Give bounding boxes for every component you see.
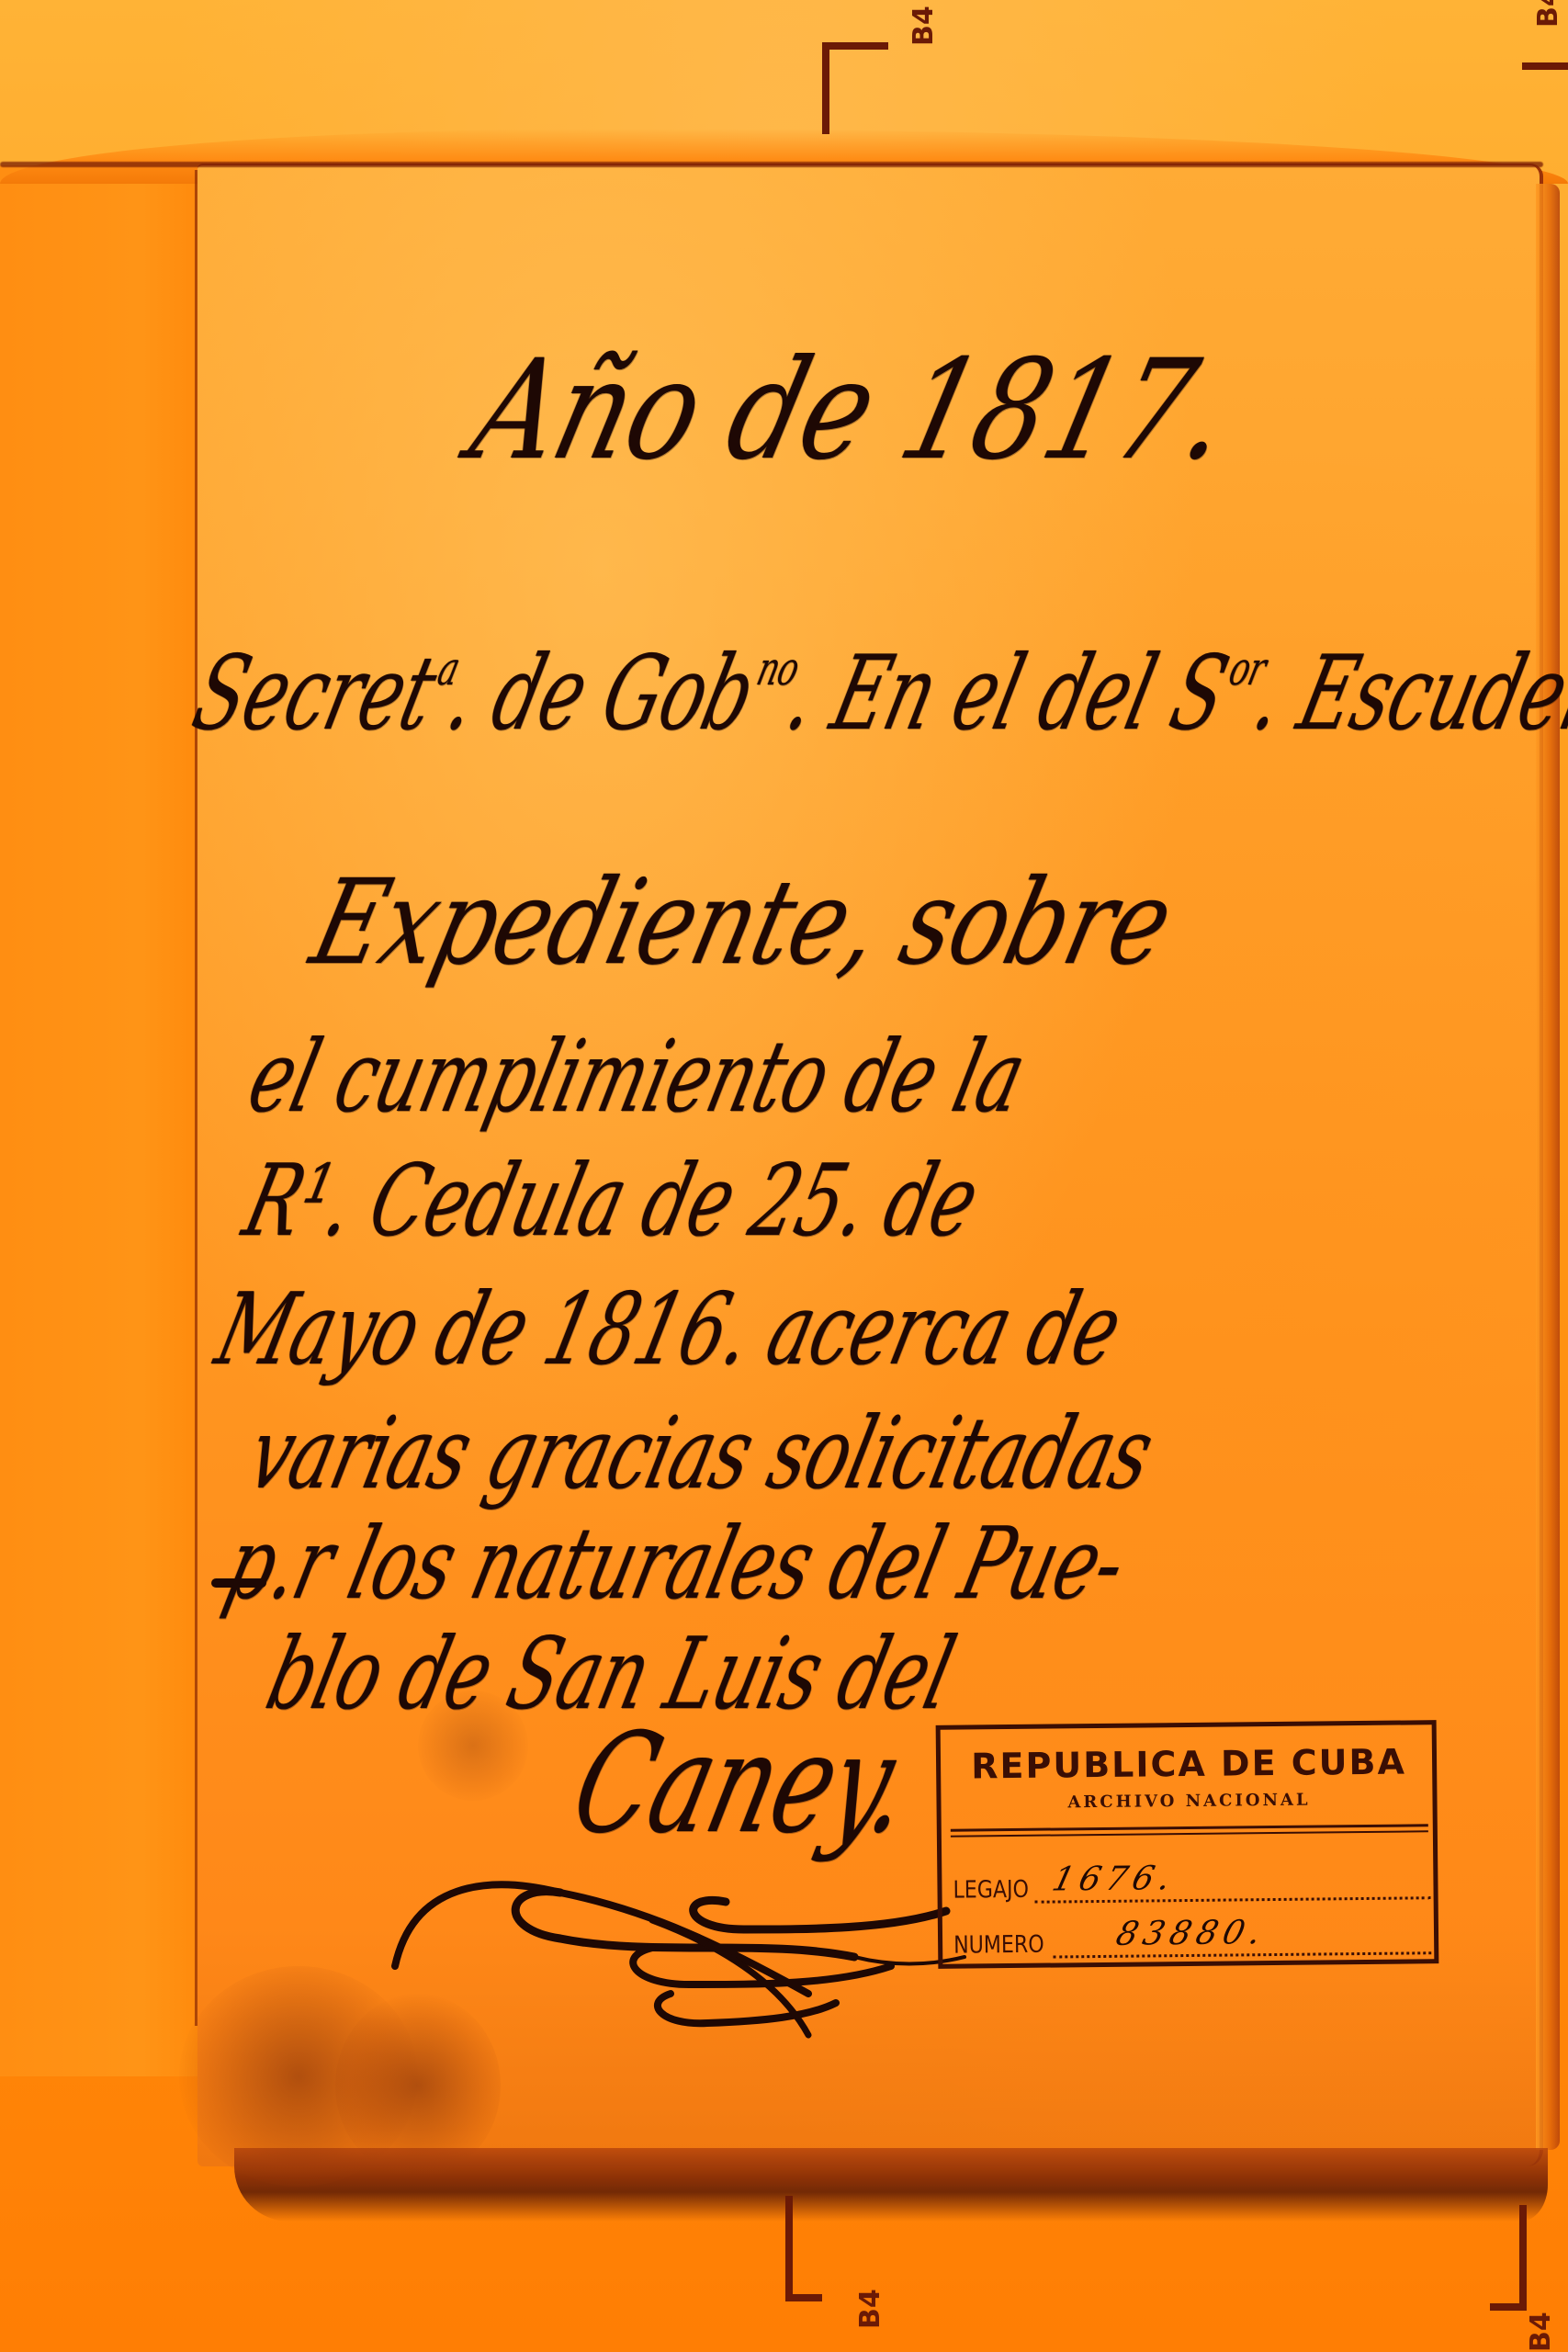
stamp-numero-row: NUMERO 83880. — [953, 1908, 1431, 1959]
crop-label-bottom-right: B4 — [1525, 2312, 1557, 2352]
crop-label-top-right: B4 — [1532, 0, 1564, 28]
stamp-divider — [951, 1824, 1428, 1837]
fold-line — [195, 170, 197, 2026]
secret-text: Secret — [183, 634, 447, 753]
secretaria-line: Secreta. de Gobno. En el del Sor. Escude… — [183, 634, 1568, 753]
body-line: Mayo de 1816. acerca de — [206, 1272, 1131, 1387]
escudero-text: . Escudero — [1244, 634, 1568, 753]
crop-mark-bottom-right — [1490, 2205, 1527, 2311]
numero-value: 83880. — [1112, 1914, 1270, 1953]
margin-dash — [211, 1578, 266, 1588]
en-el-del-text: . En el del S — [776, 634, 1237, 753]
document-year-title: Año de 1817. — [457, 331, 1245, 491]
body-line: el cumplimiento de la — [238, 1020, 1035, 1135]
body-line: varias gracias solicitadas — [238, 1396, 1163, 1511]
crop-mark-top-right — [1522, 62, 1568, 70]
backing-board — [0, 165, 202, 2076]
numero-label: NUMERO — [953, 1931, 1044, 1960]
body-line: R¹. Cedula de 25. de — [233, 1144, 988, 1259]
document-scan: B4 B4 Año de 1817. Secreta. de Gobno. En… — [0, 0, 1568, 2352]
body-line: p.r los naturales del Pue- — [215, 1507, 1135, 1622]
crop-mark-top — [822, 42, 888, 134]
crop-mark-bottom-left — [785, 2196, 822, 2301]
stamp-subtitle: ARCHIVO NACIONAL — [959, 1789, 1418, 1813]
legajo-field: 1676. — [1034, 1860, 1430, 1904]
crop-label-top: B4 — [908, 6, 940, 46]
top-edge-line — [0, 162, 1543, 167]
crop-label-bottom-left: B4 — [854, 2289, 886, 2329]
archive-stamp: REPUBLICA DE CUBA ARCHIVO NACIONAL LEGAJ… — [936, 1720, 1439, 1969]
stamp-title: REPUBLICA DE CUBA — [959, 1741, 1418, 1786]
expediente-heading: Expediente, sobre — [299, 854, 1184, 991]
stamp-legajo-row: LEGAJO 1676. — [953, 1853, 1430, 1904]
legajo-value: 1676. — [1048, 1860, 1179, 1898]
calligraphic-flourish-icon — [377, 1828, 1001, 2040]
page-right-edge — [1536, 184, 1560, 2150]
gob-text: . de Gob — [437, 634, 766, 753]
numero-field: 83880. — [1053, 1916, 1432, 1958]
legajo-label: LEGAJO — [953, 1876, 1029, 1905]
